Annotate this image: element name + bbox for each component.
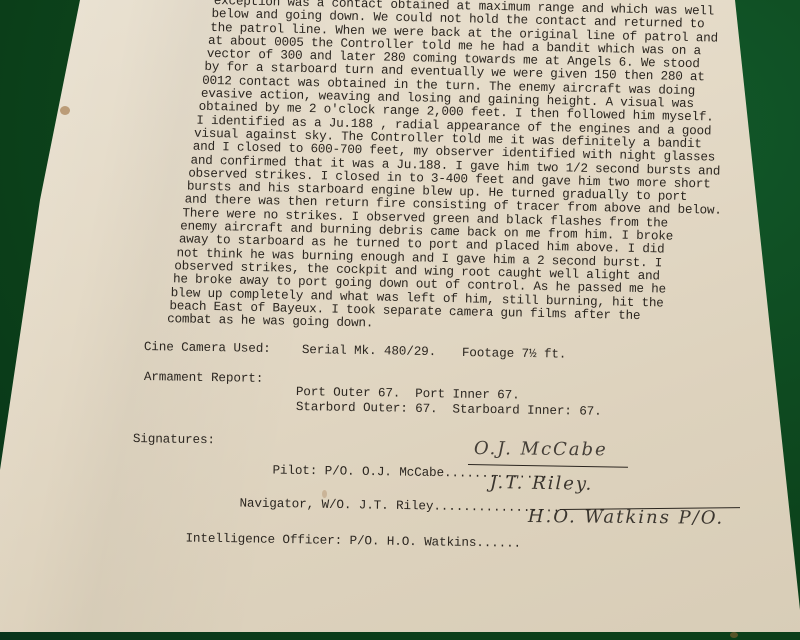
intelligence-name: Intelligence Officer: P/O. H.O. Watkins — [185, 531, 476, 550]
armament-label: Armament Report: — [144, 370, 264, 386]
navigator-signature: J.T. Riley. — [490, 472, 594, 495]
intelligence-dots: ...... — [476, 536, 521, 551]
cine-camera-label: Cine Camera Used: — [144, 340, 271, 356]
intelligence-signature: H.O. Watkins P/O. — [528, 506, 724, 529]
combat-report: exception was a contact obtained at maxi… — [0, 0, 800, 640]
pilot-signature: O.J. McCabe — [474, 438, 608, 460]
cine-camera-footage: Footage 7½ ft. — [462, 346, 567, 362]
cine-camera-serial: Serial Mk. 480/29. — [302, 343, 436, 359]
pilot-name: Pilot: P/O. O.J. McCabe. — [272, 463, 451, 480]
navigator-name: Navigator, W/O. J.T. Riley — [239, 496, 433, 513]
signatures-label: Signatures: — [133, 432, 215, 447]
armament-line-2: Starbord Outer: 67. Starboard Inner: 67. — [296, 400, 602, 419]
narrative-paragraph: exception was a contact obtained at maxi… — [207, 0, 726, 338]
intelligence-line: Intelligence Officer: P/O. H.O. Watkins.… — [155, 517, 521, 565]
